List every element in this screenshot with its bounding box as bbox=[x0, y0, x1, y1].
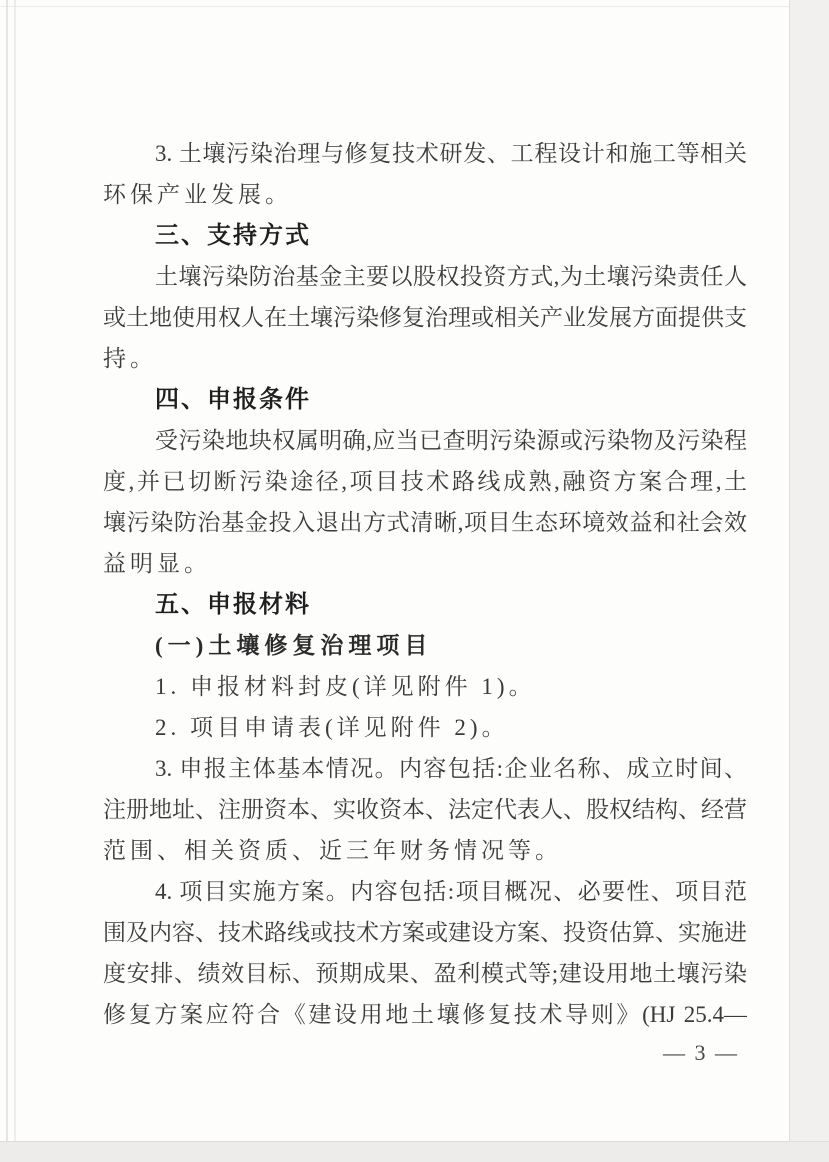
paragraph-line: 度安排、绩效目标、预期成果、盈利模式等;建设用地土壤污染 bbox=[103, 953, 747, 994]
paragraph-line: 范围、相关资质、近三年财务情况等。 bbox=[103, 830, 747, 871]
page-number: — 3 — bbox=[655, 1040, 747, 1066]
list-item: 4. 项目实施方案。内容包括:项目概况、必要性、项目范 bbox=[103, 871, 747, 912]
section-heading-application-conditions: 四、申报条件 bbox=[103, 379, 747, 420]
paragraph-line: 注册地址、注册资本、实收资本、法定代表人、股权结构、经营 bbox=[103, 789, 747, 830]
paragraph-line: 壤污染防治基金投入退出方式清晰,项目生态环境效益和社会效 bbox=[103, 502, 747, 543]
list-item: 3. 申报主体基本情况。内容包括:企业名称、成立时间、 bbox=[103, 748, 747, 789]
paragraph-line: 益明显。 bbox=[103, 543, 747, 584]
section-heading-application-materials: 五、申报材料 bbox=[103, 584, 747, 625]
scan-edge-bottom bbox=[0, 1141, 829, 1162]
paragraph-line: 受污染地块权属明确,应当已查明污染源或污染物及污染程 bbox=[103, 420, 747, 461]
list-item: 2. 项目申请表(详见附件 2)。 bbox=[103, 707, 747, 748]
scan-edge-left-inner bbox=[14, 0, 16, 1162]
list-item: 1. 申报材料封皮(详见附件 1)。 bbox=[103, 666, 747, 707]
document-page: 3. 土壤污染治理与修复技术研发、工程设计和施工等相关 环保产业发展。 三、支持… bbox=[0, 0, 829, 1162]
document-body: 3. 土壤污染治理与修复技术研发、工程设计和施工等相关 环保产业发展。 三、支持… bbox=[103, 133, 747, 1035]
scan-edge-left-outer bbox=[6, 0, 8, 1162]
section-heading-support-method: 三、支持方式 bbox=[103, 215, 747, 256]
paragraph-line: 或土地使用权人在土壤污染修复治理或相关产业发展方面提供支 bbox=[103, 297, 747, 338]
paragraph-line: 土壤污染防治基金主要以股权投资方式,为土壤污染责任人 bbox=[103, 256, 747, 297]
subsection-heading-soil-remediation-project: (一)土壤修复治理项目 bbox=[103, 625, 747, 666]
paragraph-line: 度,并已切断污染途径,项目技术路线成熟,融资方案合理,土 bbox=[103, 461, 747, 502]
paragraph-line: 修复方案应符合《建设用地土壤修复技术导则》(HJ 25.4— bbox=[103, 994, 747, 1035]
scan-edge-top bbox=[0, 6, 829, 7]
scan-edge-right bbox=[789, 0, 829, 1162]
paragraph-line: 围及内容、技术路线或技术方案或建设方案、投资估算、实施进 bbox=[103, 912, 747, 953]
paragraph-line: 环保产业发展。 bbox=[103, 174, 747, 215]
paragraph-line: 3. 土壤污染治理与修复技术研发、工程设计和施工等相关 bbox=[103, 133, 747, 174]
paragraph-line: 持。 bbox=[103, 338, 747, 379]
